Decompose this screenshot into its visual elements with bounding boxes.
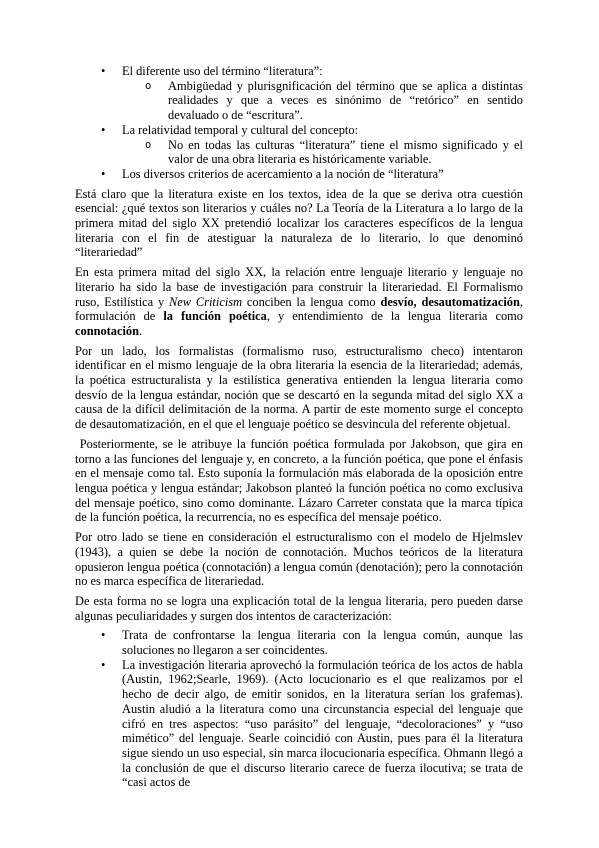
text-run: Por otro lado se tiene en consideración …	[75, 530, 523, 588]
text-run: Posteriormente, se le atribuye la funció…	[75, 437, 523, 525]
text-run: , y entendimiento de la lengua literaria…	[267, 309, 523, 323]
text-run: La relatividad temporal y cultural del c…	[122, 123, 358, 137]
paragraph: En esta primera mitad del siglo XX, la r…	[75, 265, 523, 339]
sub-bullet-item: oAmbigüedad y plurisgnificación del térm…	[75, 79, 523, 123]
sub-bullet-marker: o	[145, 79, 151, 94]
sub-bullet-item: oNo en todas las culturas “literatura” t…	[75, 138, 523, 167]
bullet-item: •Trata de confrontarse la lengua literar…	[75, 628, 523, 657]
text-run: la función poética	[163, 309, 267, 323]
text-run: connotación	[75, 324, 139, 338]
text-run: Está claro que la literatura existe en l…	[75, 187, 523, 260]
text-run: La investigación literaria aprovechó la …	[122, 658, 523, 790]
bullet-item: •La investigación literaria aprovechó la…	[75, 658, 523, 790]
text-run: conciben la lengua como	[242, 295, 380, 309]
paragraph: De esta forma no se logra una explicació…	[75, 594, 523, 623]
paragraph: Posteriormente, se le atribuye la funció…	[75, 437, 523, 525]
paragraph: Por otro lado se tiene en consideración …	[75, 530, 523, 589]
text-run: Los diversos criterios de acercamiento a…	[122, 167, 444, 181]
bullet-marker: •	[101, 167, 105, 182]
bullet-item: •Los diversos criterios de acercamiento …	[75, 167, 523, 182]
bullet-marker: •	[101, 64, 105, 79]
sub-bullet-marker: o	[145, 138, 151, 153]
bullet-marker: •	[101, 123, 105, 138]
paragraph: Está claro que la literatura existe en l…	[75, 187, 523, 261]
text-run: No en todas las culturas “literatura” ti…	[168, 138, 523, 167]
paragraph: Por un lado, los formalistas (formalismo…	[75, 344, 523, 432]
text-run: De esta forma no se logra una explicació…	[75, 594, 523, 623]
document-content: •El diferente uso del término “literatur…	[75, 64, 523, 790]
text-run: Por un lado, los formalistas (formalismo…	[75, 344, 523, 432]
bullet-item: •La relatividad temporal y cultural del …	[75, 123, 523, 138]
bullet-marker: •	[101, 658, 105, 673]
document-page: •El diferente uso del término “literatur…	[0, 0, 599, 848]
text-run: Trata de confrontarse la lengua literari…	[122, 628, 523, 657]
text-run: Ambigüedad y plurisgnificación del térmi…	[168, 79, 523, 122]
bullet-item: •El diferente uso del término “literatur…	[75, 64, 523, 79]
text-run: .	[139, 324, 142, 338]
text-run: desvío, desautomatización	[380, 295, 519, 309]
bullet-marker: •	[101, 628, 105, 643]
text-run: New Criticism	[169, 295, 242, 309]
text-run: El diferente uso del término “literatura…	[122, 64, 323, 78]
